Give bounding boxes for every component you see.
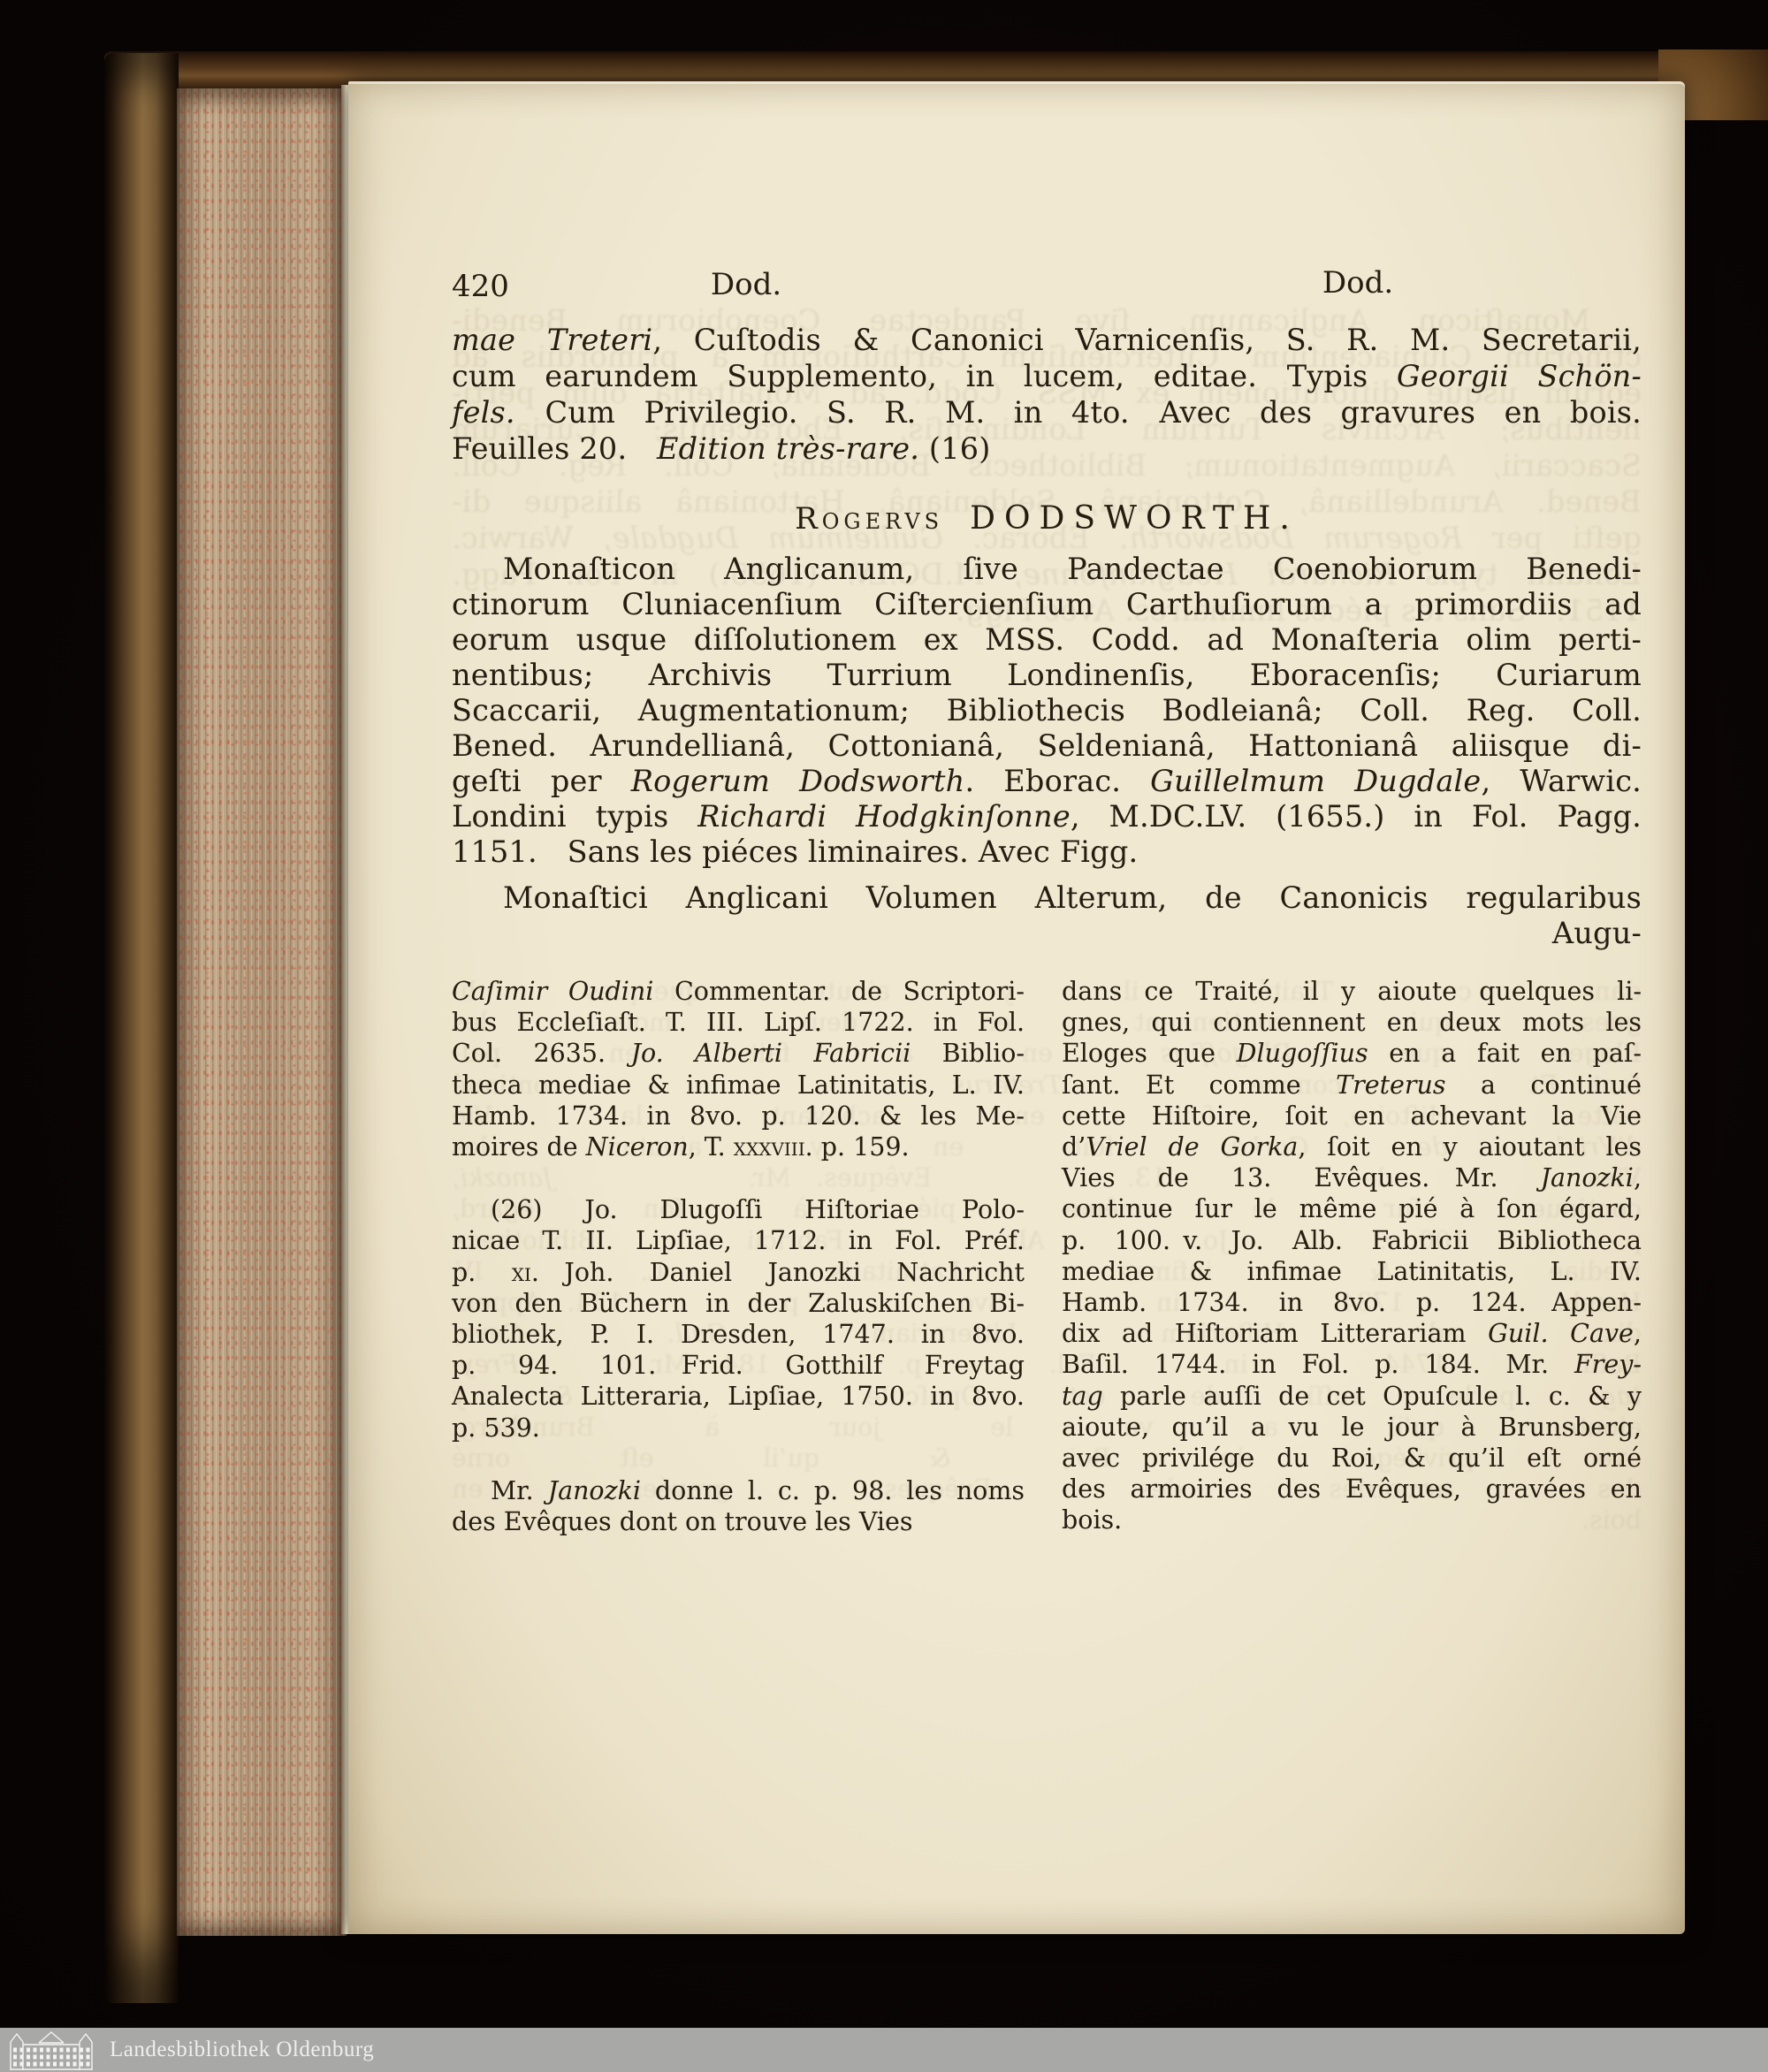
text-line: Monaſticon Anglicanum, ſive Pandectae Co… [452, 552, 1642, 587]
text-line: 1151. Sans les piéces liminaires. Avec F… [452, 834, 1642, 870]
library-building-icon [9, 2030, 94, 2070]
text-line: des armoiries des Evêques, gravées en [1062, 1474, 1642, 1504]
text-line: bliothek, P. I. Dresden, 1747. in 8vo. [452, 1319, 1025, 1350]
text-line: cette Hiſtoire, ſoit en achevant la Vie [1062, 1101, 1642, 1131]
text-line: mediae & infimae Latinitatis, L. IV. [1062, 1256, 1642, 1287]
catchword: Augu- [452, 916, 1642, 951]
entry-continuation-paragraph: mae Treteri, Cuſtodis & Canonici Varnice… [452, 322, 1642, 467]
text-line: nentibus; Archivis Turrium Londinenſis, … [452, 658, 1642, 693]
text-line: fels. Cum Privilegio. S. R. M. in 4to. A… [452, 394, 1642, 430]
text-line: p. 539. [452, 1413, 1025, 1444]
author-heading: RogervsDODSWORTH. [452, 500, 1642, 537]
book-cover-left-edge [104, 53, 179, 2003]
text-line: von den Büchern in der Zaluskiſchen Bi- [452, 1288, 1025, 1319]
text-line: eorum usque diſſolutionem ex MSS. Codd. … [452, 622, 1642, 658]
text-line: aioute, qu’il a vu le jour à Brunsberg, [1062, 1412, 1642, 1443]
text-line: Mr. Janozki donne l. c. p. 98. les noms [452, 1475, 1025, 1506]
text-line: ctinorum Cluniacenſium Ciſtercienſium Ca… [452, 587, 1642, 622]
text-line: Vies de 13. Evêques. Mr. Janozki, [1062, 1162, 1642, 1193]
footer-bar: Landesbibliothek Oldenburg [0, 2028, 1768, 2072]
text-line: cum earundem Supplemento, in lucem, edit… [452, 358, 1642, 394]
author-surname: DODSWORTH. [970, 500, 1299, 537]
footnote-26-paragraph: (26) Jo. Dlugoſſi Hiſtoriae Polo-nicae T… [452, 1194, 1025, 1444]
text-line: bois. [1062, 1504, 1642, 1535]
text-line: Caſimir Oudini Commentar. de Scriptori- [452, 976, 1025, 1007]
text-line: nicae T. II. Lipſiae, 1712. in Fol. Préf… [452, 1225, 1025, 1256]
monasticon-paragraph: Monaſticon Anglicanum, ſive Pandectae Co… [452, 552, 1642, 870]
footnote-right-column: dans ce Traité, il y aioute quelques li-… [1062, 976, 1642, 1536]
scanned-page: Monaſticon Anglicanum, ſive Pandectae Co… [348, 81, 1685, 1934]
page-number: 420 [452, 269, 509, 304]
text-line: tag parle auſſi de cet Opuſcule l. c. & … [1062, 1381, 1642, 1412]
footnote-janozki-paragraph: Mr. Janozki donne l. c. p. 98. les nomsd… [452, 1475, 1025, 1537]
scan-viewport: Monaſticon Anglicanum, ſive Pandectae Co… [0, 0, 1768, 2072]
text-line: (26) Jo. Dlugoſſi Hiſtoriae Polo- [452, 1194, 1025, 1225]
text-line: bus Eccleſiaſt. T. III. Lipſ. 1722. in F… [452, 1007, 1025, 1038]
page-fore-edge-stack [177, 88, 347, 1936]
text-line: theca mediae & infimae Latinitatis, L. I… [452, 1070, 1025, 1101]
text-line: moires de Niceron, T. xxxviii. p. 159. [452, 1131, 1025, 1162]
author-forename: Rogervs [795, 501, 943, 537]
text-line: continue ſur le même pié à ſon égard, [1062, 1193, 1642, 1224]
footnote-left-column: Caſimir Oudini Commentar. de Scriptori-b… [452, 976, 1025, 1537]
text-line: Scaccarii, Augmentationum; Bibliothecis … [452, 693, 1642, 728]
text-line: Hamb. 1734. in 8vo. p. 120. & les Me- [452, 1101, 1025, 1131]
text-line: dix ad Hiſtoriam Litterariam Guil. Cave, [1062, 1318, 1642, 1349]
text-line: Bened. Arundellianâ, Cottonianâ, Seldeni… [452, 728, 1642, 764]
text-line: mae Treteri, Cuſtodis & Canonici Varnice… [452, 322, 1642, 358]
text-line: Feuilles 20. Edition très-rare. (16) [452, 430, 1642, 467]
volume-line: Monaſtici Anglicani Volumen Alterum, de … [452, 880, 1642, 916]
text-line: avec privilége du Roi, & qu’il eſt orné [1062, 1443, 1642, 1474]
footnote-reference-paragraph: Caſimir Oudini Commentar. de Scriptori-b… [452, 976, 1025, 1162]
running-title-right: Dod. [1292, 265, 1423, 301]
text-line: Analecta Litteraria, Lipſiae, 1750. in 8… [452, 1381, 1025, 1412]
text-line: Monaſtici Anglicani Volumen Alterum, de … [452, 880, 1642, 916]
text-line: geſti per Rogerum Dodsworth. Eborac. Gui… [452, 764, 1642, 799]
text-line: Baſil. 1744. in Fol. p. 184. Mr. Frey- [1062, 1349, 1642, 1380]
text-line: p. 94. 101. Frid. Gotthilf Freytag [452, 1350, 1025, 1381]
text-line: p. 100. v. Jo. Alb. Fabricii Bibliotheca [1062, 1225, 1642, 1256]
running-title-left: Dod. [684, 267, 808, 302]
text-line: Col. 2635. Jo. Alberti Fabricii Biblio- [452, 1038, 1025, 1069]
text-line: Eloges que Dlugoſſius en a fait en paſ- [1062, 1038, 1642, 1069]
text-line: Hamb. 1734. in 8vo. p. 124. Appen- [1062, 1287, 1642, 1318]
text-line: p. xi. Joh. Daniel Janozki Nachricht [452, 1257, 1025, 1288]
text-line: d’Vriel de Gorka, ſoit en y aioutant les [1062, 1131, 1642, 1162]
text-line: Londini typis Richardi Hodgkinſonne, M.D… [452, 799, 1642, 834]
text-line: dans ce Traité, il y aioute quelques li- [1062, 976, 1642, 1007]
library-name: Landesbibliothek Oldenburg [110, 2038, 374, 2062]
text-line: gnes, qui contiennent en deux mots les [1062, 1007, 1642, 1038]
text-line: ſant. Et comme Treterus a continué [1062, 1070, 1642, 1101]
text-line: des Evêques dont on trouve les Vies [452, 1506, 1025, 1537]
